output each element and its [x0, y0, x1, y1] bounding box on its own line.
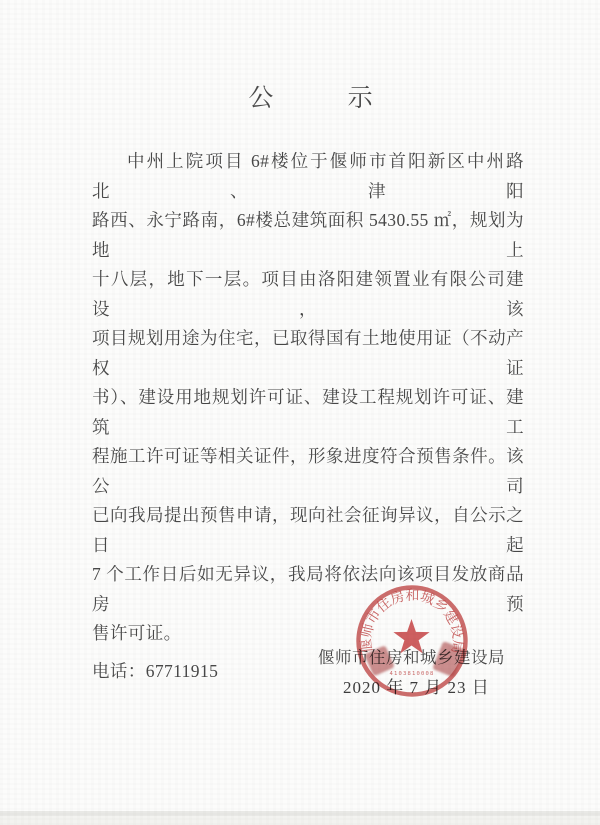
document-page: 公 示 中州上院项目 6#楼位于偃师市首阳新区中州路北、津阳 路西、永宁路南，6…: [0, 0, 600, 825]
seal-code: 4103810008: [389, 671, 434, 677]
body-line: 中州上院项目 6#楼位于偃师市首阳新区中州路北、津阳: [92, 147, 524, 206]
body-line: 程施工许可证等相关证件，形象进度符合预售条件。该公司: [92, 442, 524, 501]
notice-title: 公 示: [11, 78, 600, 114]
body-line: 路西、永宁路南，6#楼总建筑面积 5430.55 ㎡，规划为地上: [92, 206, 524, 265]
body-line: 已向我局提出预售申请，现向社会征询异议，自公示之日起: [92, 501, 524, 560]
scan-edge-margin: [0, 816, 600, 825]
body-line: 十八层，地下一层。项目由洛阳建领置业有限公司建设，该: [92, 265, 524, 324]
seal-star-icon: [393, 619, 429, 653]
body-line: 项目规划用途为住宅，已取得国有土地使用证（不动产权证: [92, 324, 524, 383]
official-seal: 偃师市住房和城乡建设局 4103810008: [351, 580, 473, 702]
body-line: 书）、建设用地规划许可证、建设工程规划许可证、建筑工: [92, 383, 524, 442]
